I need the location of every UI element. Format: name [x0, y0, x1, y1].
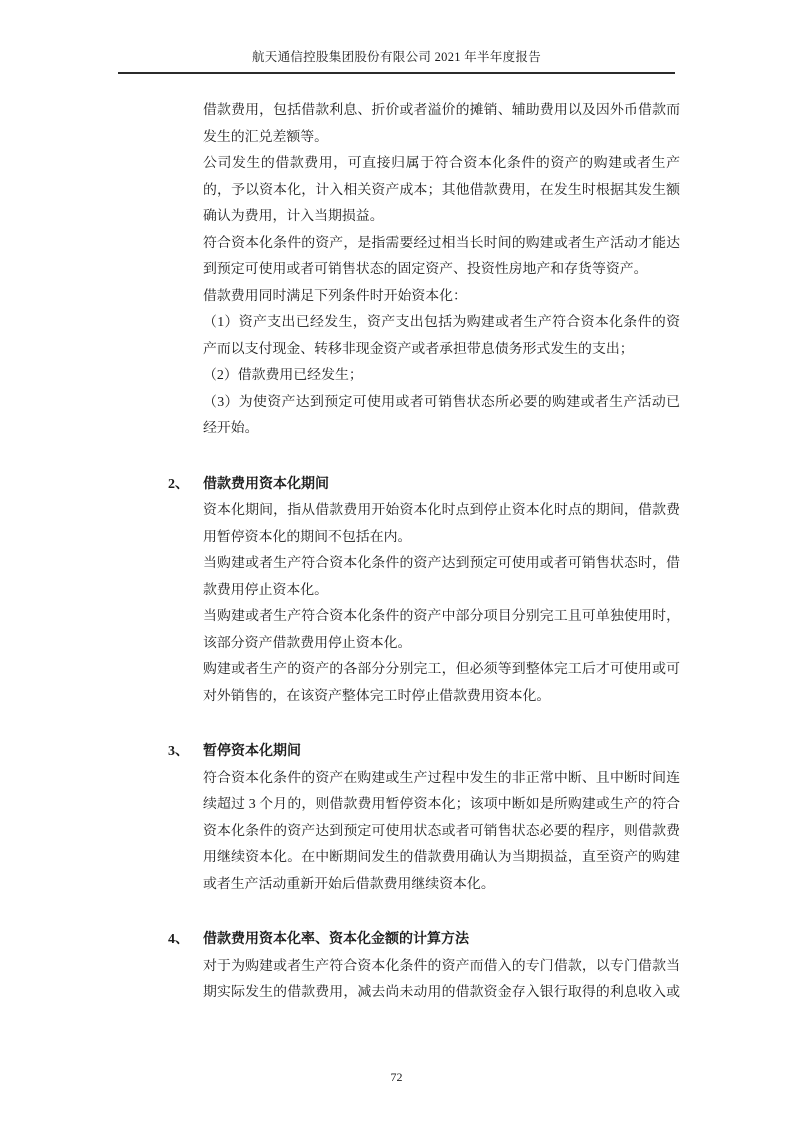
line-text: 产而以支付现金、转移非现金资产或者承担带息债务形式发生的支出； [203, 342, 634, 357]
text-line: 当购建或者生产符合资本化条件的资产达到预定可使用或者可销售状态时，借 [203, 551, 680, 578]
text-line [203, 443, 680, 472]
page-footer: 72 [0, 1068, 793, 1086]
text-line: 对于为购建或者生产符合资本化条件的资产而借入的专门借款，以专门借款当 [203, 954, 680, 981]
text-line: 续超过 3 个月的，则借款费用暂停资本化；该项中断如是所购建或生产的符合 [203, 792, 680, 819]
text-line: 款费用停止资本化。 [203, 578, 680, 605]
text-line: 用暂停资本化的期间不包括在内。 [203, 525, 680, 552]
line-text: 符合资本化条件的资产在购建或生产过程中发生的非正常中断、且中断时间连 [203, 771, 680, 786]
heading-number: 3、 [168, 739, 189, 766]
line-text: 借款费用同时满足下列条件时开始资本化： [203, 289, 467, 304]
text-line: 产而以支付现金、转移非现金资产或者承担带息债务形式发生的支出； [203, 337, 680, 364]
heading-number: 2、 [168, 472, 189, 499]
line-text: （3）为使资产达到预定可使用或者可销售状态所必要的购建或者生产活动已 [203, 395, 680, 410]
line-text: 当购建或者生产符合资本化条件的资产中部分项目分别完工且可单独使用时， [203, 609, 680, 624]
line-text: 发生的汇兑差额等。 [203, 130, 328, 145]
document-body: 借款费用，包括借款利息、折价或者溢价的摊销、辅助费用以及因外币借款而发生的汇兑差… [203, 98, 680, 1007]
header-divider-rule [118, 72, 675, 74]
text-line: 2、借款费用资本化期间 [203, 472, 680, 499]
text-line: 4、借款费用资本化率、资本化金额的计算方法 [203, 927, 680, 954]
text-line: 符合资本化条件的资产，是指需要经过相当长时间的购建或者生产活动才能达 [203, 231, 680, 258]
line-text: 借款费用资本化期间 [203, 477, 329, 492]
line-text: 借款费用，包括借款利息、折价或者溢价的摊销、辅助费用以及因外币借款而 [203, 103, 680, 118]
line-text: 暂停资本化期间 [203, 744, 301, 759]
text-line: 发生的汇兑差额等。 [203, 125, 680, 152]
text-line: （3）为使资产达到预定可使用或者可销售状态所必要的购建或者生产活动已 [203, 390, 680, 417]
line-text: （1）资产支出已经发生，资产支出包括为购建或者生产符合资本化条件的资 [203, 315, 680, 330]
line-text: 借款费用资本化率、资本化金额的计算方法 [203, 932, 469, 947]
text-line: 到预定可使用或者可销售状态的固定资产、投资性房地产和存货等资产。 [203, 257, 680, 284]
text-line: 资本化条件的资产达到预定可使用状态或者可销售状态必要的程序，则借款费 [203, 819, 680, 846]
text-line: 公司发生的借款费用，可直接归属于符合资本化条件的资产的购建或者生产 [203, 151, 680, 178]
line-text: 资本化期间，指从借款费用开始资本化时点到停止资本化时点的期间，借款费 [203, 503, 680, 518]
text-line: 经开始。 [203, 416, 680, 443]
line-text: 用继续资本化。在中断期间发生的借款费用确认为当期损益，直至资产的购建 [203, 850, 680, 865]
text-line: 期实际发生的借款费用，减去尚未动用的借款资金存入银行取得的利息收入或 [203, 980, 680, 1007]
line-text: 对于为购建或者生产符合资本化条件的资产而借入的专门借款，以专门借款当 [203, 959, 680, 974]
text-line: 或者生产活动重新开始后借款费用继续资本化。 [203, 872, 680, 899]
line-text: （2）借款费用已经发生； [203, 368, 363, 383]
line-text: 当购建或者生产符合资本化条件的资产达到预定可使用或者可销售状态时，借 [203, 556, 680, 571]
line-text: 经开始。 [203, 421, 259, 436]
line-text: 到预定可使用或者可销售状态的固定资产、投资性房地产和存货等资产。 [203, 262, 648, 277]
text-line [203, 710, 680, 739]
line-text: 对外销售的，在该资产整体完工时停止借款费用资本化。 [203, 689, 550, 704]
line-text: 确认为费用，计入当期损益。 [203, 209, 384, 224]
line-text: 期实际发生的借款费用，减去尚未动用的借款资金存入银行取得的利息收入或 [203, 985, 680, 1000]
text-line: （1）资产支出已经发生，资产支出包括为购建或者生产符合资本化条件的资 [203, 310, 680, 337]
text-line [203, 898, 680, 927]
page-number: 72 [391, 1070, 403, 1084]
text-line: 的，予以资本化，计入相关资产成本；其他借款费用，在发生时根据其发生额 [203, 178, 680, 205]
line-text: 符合资本化条件的资产，是指需要经过相当长时间的购建或者生产活动才能达 [203, 236, 680, 251]
line-text: 的，予以资本化，计入相关资产成本；其他借款费用，在发生时根据其发生额 [203, 183, 680, 198]
line-text: 公司发生的借款费用，可直接归属于符合资本化条件的资产的购建或者生产 [203, 156, 680, 171]
line-text: 款费用停止资本化。 [203, 583, 328, 598]
text-line: 购建或者生产的资产的各部分分别完工，但必须等到整体完工后才可使用或可 [203, 657, 680, 684]
line-text: 购建或者生产的资产的各部分分别完工，但必须等到整体完工后才可使用或可 [203, 662, 680, 677]
text-line: 该部分资产借款费用停止资本化。 [203, 631, 680, 658]
text-line: 对外销售的，在该资产整体完工时停止借款费用资本化。 [203, 684, 680, 711]
text-line: 确认为费用，计入当期损益。 [203, 204, 680, 231]
text-line: 符合资本化条件的资产在购建或生产过程中发生的非正常中断、且中断时间连 [203, 766, 680, 793]
text-line: 用继续资本化。在中断期间发生的借款费用确认为当期损益，直至资产的购建 [203, 845, 680, 872]
text-line: 资本化期间，指从借款费用开始资本化时点到停止资本化时点的期间，借款费 [203, 498, 680, 525]
line-text: 该部分资产借款费用停止资本化。 [203, 636, 411, 651]
line-text: 续超过 3 个月的，则借款费用暂停资本化；该项中断如是所购建或生产的符合 [203, 797, 680, 812]
text-line: 借款费用同时满足下列条件时开始资本化： [203, 284, 680, 311]
line-text: 资本化条件的资产达到预定可使用状态或者可销售状态必要的程序，则借款费 [203, 824, 680, 839]
text-line: 3、暂停资本化期间 [203, 739, 680, 766]
text-line: 当购建或者生产符合资本化条件的资产中部分项目分别完工且可单独使用时， [203, 604, 680, 631]
report-page: 航天通信控股集团股份有限公司 2021 年半年度报告 借款费用，包括借款利息、折… [0, 0, 793, 1122]
text-line: （2）借款费用已经发生； [203, 363, 680, 390]
line-text: 或者生产活动重新开始后借款费用继续资本化。 [203, 877, 495, 892]
line-text: 用暂停资本化的期间不包括在内。 [203, 530, 411, 545]
text-line: 借款费用，包括借款利息、折价或者溢价的摊销、辅助费用以及因外币借款而 [203, 98, 680, 125]
report-header-title: 航天通信控股集团股份有限公司 2021 年半年度报告 [0, 49, 793, 65]
heading-number: 4、 [168, 927, 189, 954]
